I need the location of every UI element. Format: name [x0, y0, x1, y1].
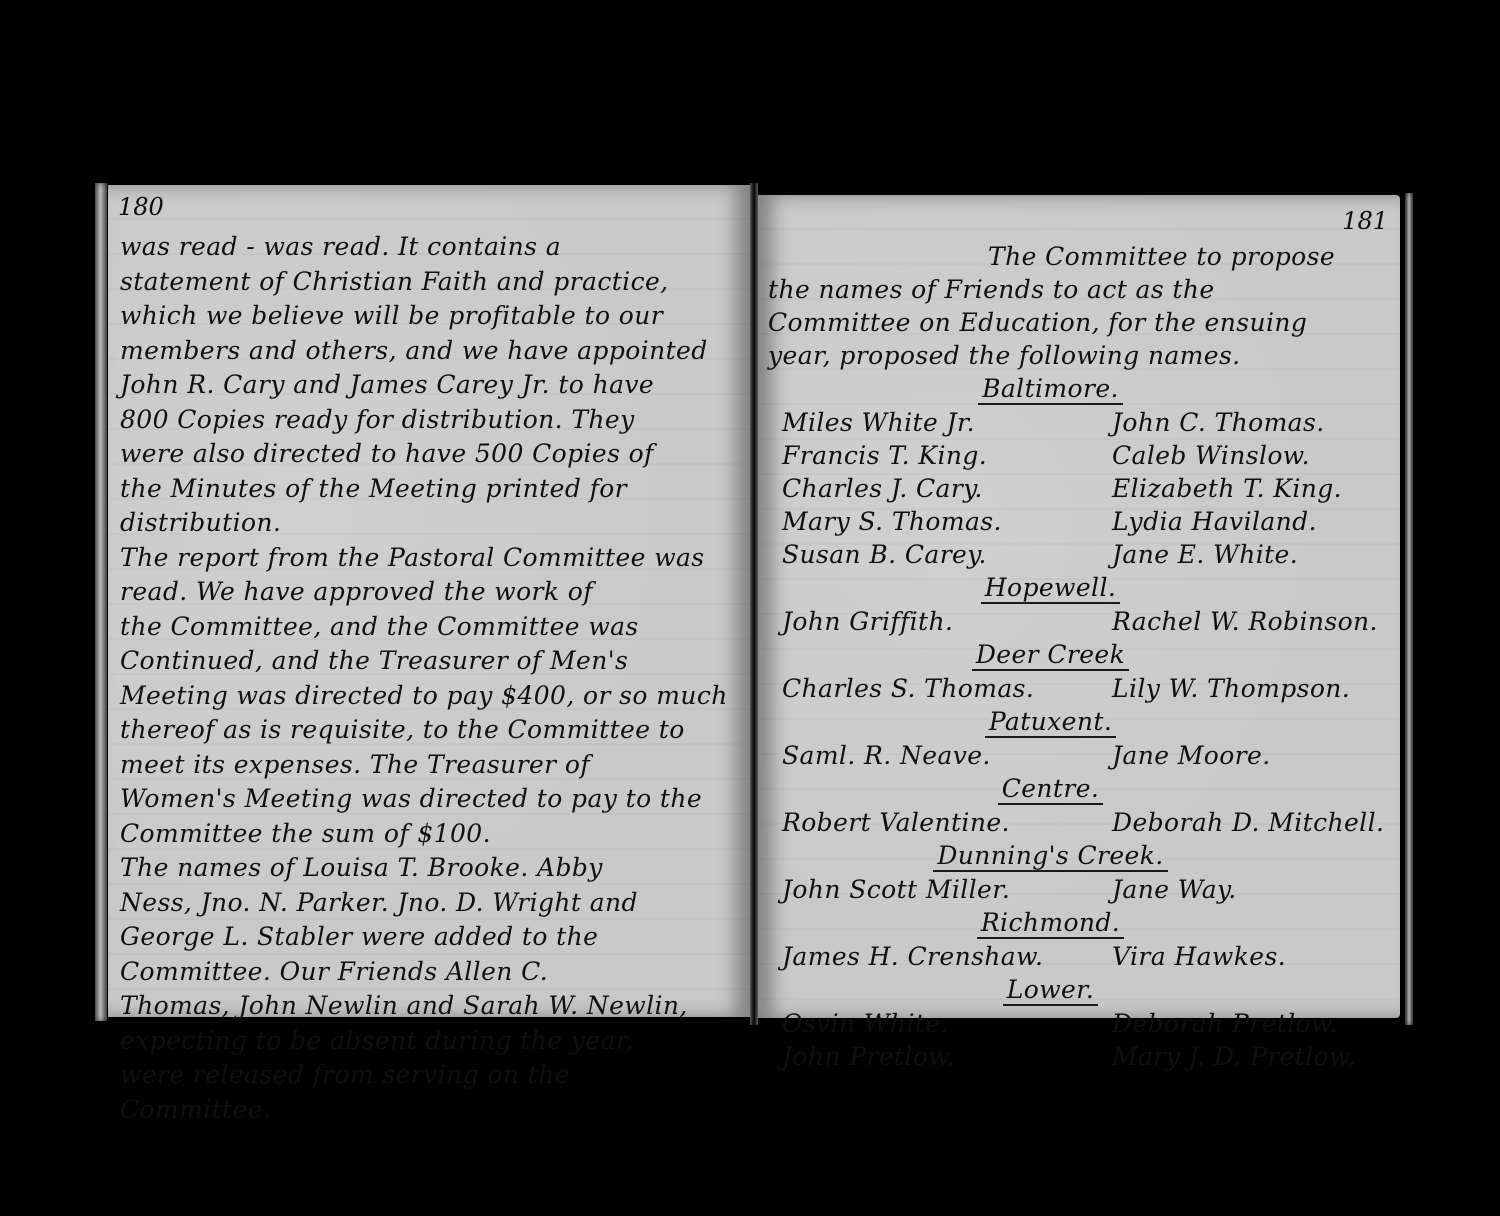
text-line: Committee. — [120, 1093, 728, 1128]
book-gutter — [750, 183, 758, 1025]
text-line: statement of Christian Faith and practic… — [120, 265, 728, 300]
member-name: Saml. R. Neave. — [768, 739, 1112, 772]
member-name: Lydia Haviland. — [1112, 505, 1393, 538]
text-line: distribution. — [120, 506, 728, 541]
member-name: Charles J. Cary. — [768, 472, 1112, 505]
text-line: The Committee to propose — [768, 240, 1393, 273]
text-line: The report from the Pastoral Committee w… — [120, 541, 728, 576]
text-line: 800 Copies ready for distribution. They — [120, 403, 728, 438]
member-name: Deborah D. Mitchell. — [1112, 806, 1393, 839]
meeting-block: Baltimore.Miles White Jr.John C. Thomas.… — [768, 372, 1393, 571]
meeting-name: Deer Creek — [972, 640, 1129, 671]
member-row: Mary S. Thomas.Lydia Haviland. — [768, 505, 1393, 538]
text-line: year, proposed the following names. — [768, 339, 1393, 372]
member-row: Charles S. Thomas.Lily W. Thompson. — [768, 672, 1393, 705]
member-name: John C. Thomas. — [1112, 406, 1393, 439]
meeting-block: Lower.Osvin White.Deborah Pretlow.John P… — [768, 973, 1393, 1073]
member-row: Francis T. King.Caleb Winslow. — [768, 439, 1393, 472]
member-name: John Pretlow. — [768, 1040, 1112, 1073]
meeting-heading: Richmond. — [768, 906, 1393, 940]
text-line: Continued, and the Treasurer of Men's — [120, 644, 728, 679]
text-line: Women's Meeting was directed to pay to t… — [120, 782, 728, 817]
meeting-name: Lower. — [1003, 975, 1098, 1006]
member-name: Deborah Pretlow. — [1112, 1007, 1393, 1040]
member-name: Mary J. D. Pretlow. — [1112, 1040, 1393, 1073]
text-line: were also directed to have 500 Copies of — [120, 437, 728, 472]
book-edge-right — [1405, 193, 1413, 1025]
text-line: Committee the sum of $100. — [120, 817, 728, 852]
text-line: was read - was read. It contains a — [120, 230, 728, 265]
text-line: John R. Cary and James Carey Jr. to have — [120, 368, 728, 403]
meeting-heading: Lower. — [768, 973, 1393, 1007]
meeting-name: Baltimore. — [978, 374, 1123, 405]
text-line: thereof as is requisite, to the Committe… — [120, 713, 728, 748]
meeting-heading: Hopewell. — [768, 571, 1393, 605]
member-name: Jane E. White. — [1112, 538, 1393, 571]
member-name: Lily W. Thompson. — [1112, 672, 1393, 705]
right-page-text: The Committee to proposethe names of Fri… — [768, 240, 1393, 1073]
text-line: the names of Friends to act as the — [768, 273, 1393, 306]
text-line: were released from serving on the — [120, 1058, 728, 1093]
meeting-heading: Dunning's Creek. — [768, 839, 1393, 873]
meeting-name: Patuxent. — [985, 707, 1116, 738]
left-page: 180 was read - was read. It contains ast… — [108, 185, 750, 1017]
book-edge-left — [95, 183, 107, 1021]
member-row: Saml. R. Neave.Jane Moore. — [768, 739, 1393, 772]
member-name: Vira Hawkes. — [1112, 940, 1393, 973]
committee-intro: The Committee to proposethe names of Fri… — [768, 240, 1393, 372]
meeting-block: Deer CreekCharles S. Thomas.Lily W. Thom… — [768, 638, 1393, 705]
meeting-lists: Baltimore.Miles White Jr.John C. Thomas.… — [768, 372, 1393, 1073]
text-line: members and others, and we have appointe… — [120, 334, 728, 369]
right-page: 181 The Committee to proposethe names of… — [758, 195, 1400, 1018]
text-line: expecting to be absent during the year, — [120, 1024, 728, 1059]
member-row: Robert Valentine.Deborah D. Mitchell. — [768, 806, 1393, 839]
meeting-heading: Baltimore. — [768, 372, 1393, 406]
member-row: Miles White Jr.John C. Thomas. — [768, 406, 1393, 439]
member-name: Caleb Winslow. — [1112, 439, 1393, 472]
text-line: The names of Louisa T. Brooke. Abby — [120, 851, 728, 886]
member-row: John Scott Miller.Jane Way. — [768, 873, 1393, 906]
member-row: Osvin White.Deborah Pretlow. — [768, 1007, 1393, 1040]
meeting-heading: Centre. — [768, 772, 1393, 806]
member-name: Charles S. Thomas. — [768, 672, 1112, 705]
member-name: Jane Way. — [1112, 873, 1393, 906]
member-name: John Scott Miller. — [768, 873, 1112, 906]
member-name: Rachel W. Robinson. — [1112, 605, 1393, 638]
member-row: Susan B. Carey.Jane E. White. — [768, 538, 1393, 571]
text-line: Thomas, John Newlin and Sarah W. Newlin, — [120, 989, 728, 1024]
text-line: the Committee, and the Committee was — [120, 610, 728, 645]
member-row: James H. Crenshaw.Vira Hawkes. — [768, 940, 1393, 973]
member-name: Elizabeth T. King. — [1112, 472, 1393, 505]
meeting-block: Centre.Robert Valentine.Deborah D. Mitch… — [768, 772, 1393, 839]
meeting-name: Dunning's Creek. — [933, 841, 1167, 872]
meeting-block: Dunning's Creek.John Scott Miller.Jane W… — [768, 839, 1393, 906]
text-line: Committee on Education, for the ensuing — [768, 306, 1393, 339]
member-name: Mary S. Thomas. — [768, 505, 1112, 538]
meeting-name: Centre. — [998, 774, 1104, 805]
meeting-name: Richmond. — [977, 908, 1124, 939]
open-ledger-book: 180 was read - was read. It contains ast… — [0, 0, 1500, 1216]
page-number-right: 181 — [1342, 207, 1388, 235]
text-line: read. We have approved the work of — [120, 575, 728, 610]
member-name: Susan B. Carey. — [768, 538, 1112, 571]
text-line: George L. Stabler were added to the — [120, 920, 728, 955]
meeting-heading: Deer Creek — [768, 638, 1393, 672]
member-name: James H. Crenshaw. — [768, 940, 1112, 973]
text-line: which we believe will be profitable to o… — [120, 299, 728, 334]
member-row: John Griffith.Rachel W. Robinson. — [768, 605, 1393, 638]
member-name: Francis T. King. — [768, 439, 1112, 472]
meeting-heading: Patuxent. — [768, 705, 1393, 739]
text-line: meet its expenses. The Treasurer of — [120, 748, 728, 783]
meeting-block: Patuxent.Saml. R. Neave.Jane Moore. — [768, 705, 1393, 772]
meeting-block: Richmond.James H. Crenshaw.Vira Hawkes. — [768, 906, 1393, 973]
member-name: John Griffith. — [768, 605, 1112, 638]
member-row: Charles J. Cary.Elizabeth T. King. — [768, 472, 1393, 505]
member-row: John Pretlow.Mary J. D. Pretlow. — [768, 1040, 1393, 1073]
member-name: Osvin White. — [768, 1007, 1112, 1040]
member-name: Miles White Jr. — [768, 406, 1112, 439]
text-line: Meeting was directed to pay $400, or so … — [120, 679, 728, 714]
member-name: Jane Moore. — [1112, 739, 1393, 772]
page-number-left: 180 — [118, 193, 164, 221]
text-line: the Minutes of the Meeting printed for — [120, 472, 728, 507]
text-line: Committee. Our Friends Allen C. — [120, 955, 728, 990]
member-name: Robert Valentine. — [768, 806, 1112, 839]
meeting-name: Hopewell. — [981, 573, 1120, 604]
meeting-block: Hopewell.John Griffith.Rachel W. Robinso… — [768, 571, 1393, 638]
text-line: Ness, Jno. N. Parker. Jno. D. Wright and — [120, 886, 728, 921]
left-page-text: was read - was read. It contains astatem… — [120, 230, 728, 1127]
